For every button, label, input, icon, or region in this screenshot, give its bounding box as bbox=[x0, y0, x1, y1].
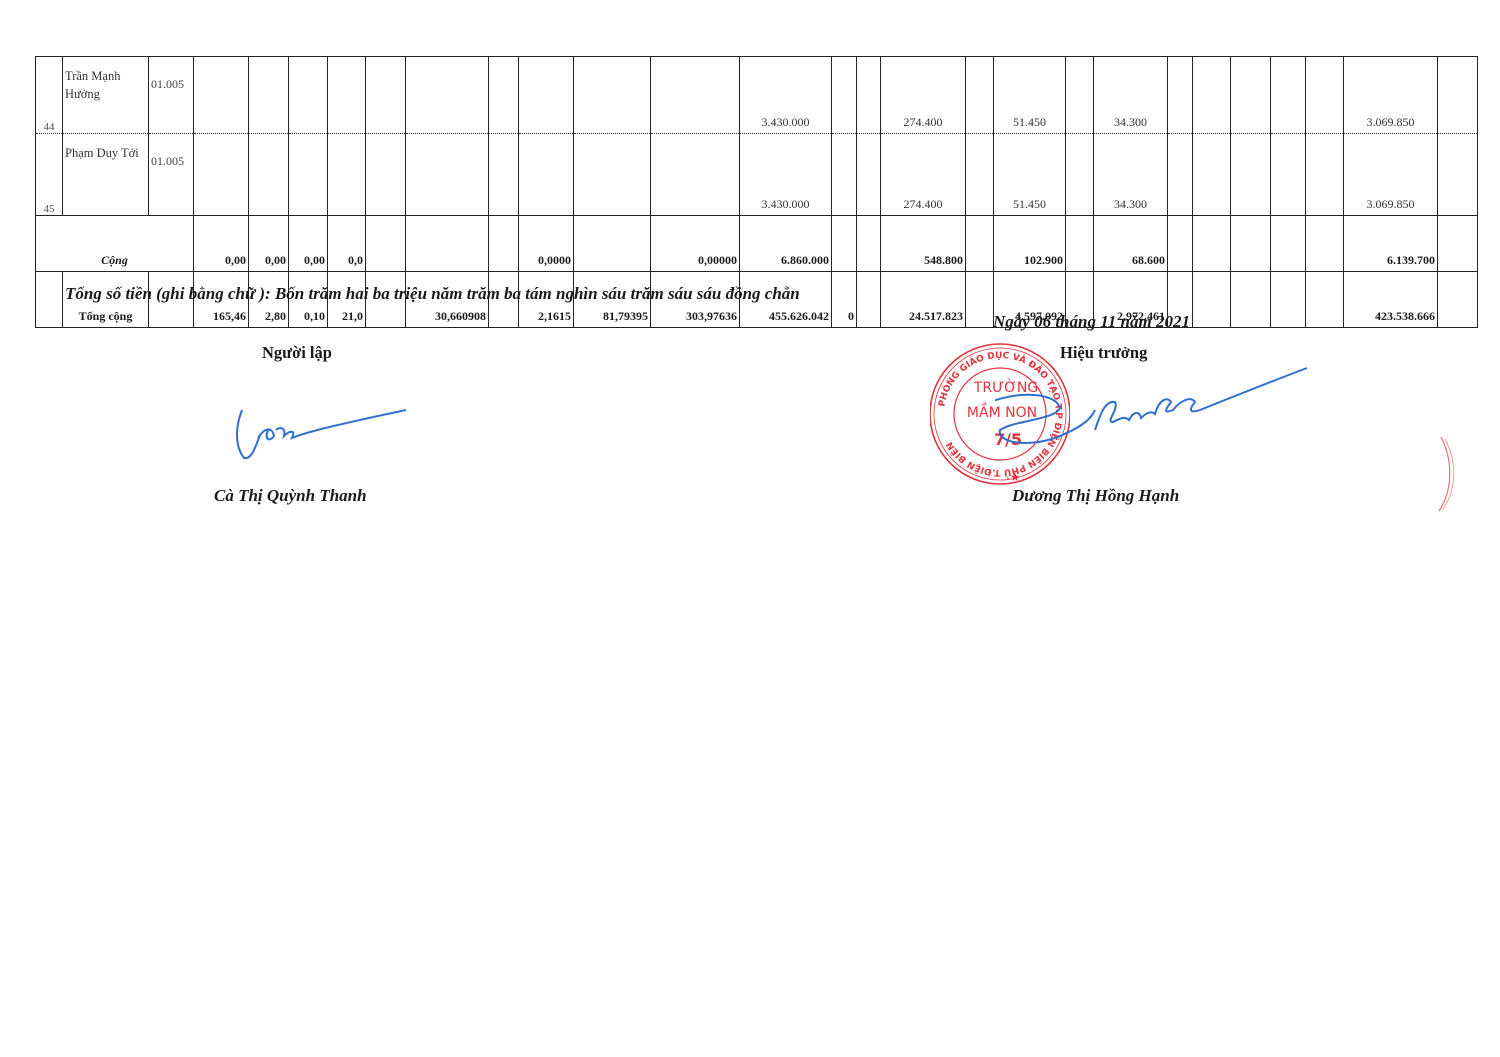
table-cell bbox=[249, 134, 289, 216]
table-cell bbox=[1306, 134, 1344, 216]
table-cell: 51.450 bbox=[994, 57, 1066, 134]
table-cell bbox=[1231, 57, 1271, 134]
table-cell: 6.139.700 bbox=[1344, 216, 1438, 272]
table-row: 45Phạm Duy Tới01.0053.430.000274.40051.4… bbox=[36, 134, 1478, 216]
table-cell bbox=[328, 57, 366, 134]
table-cell bbox=[1306, 57, 1344, 134]
table-cell bbox=[651, 57, 740, 134]
table-cell bbox=[966, 272, 994, 328]
table-cell bbox=[489, 57, 519, 134]
partial-stamp-mark bbox=[1435, 435, 1460, 515]
table-cell: 0,0 bbox=[328, 216, 366, 272]
table-cell bbox=[406, 57, 489, 134]
preparer-signature bbox=[232, 400, 412, 470]
table-cell bbox=[651, 134, 740, 216]
signing-date: Ngày 06 tháng 11 năm 2021 bbox=[993, 312, 1190, 332]
table-cell bbox=[1306, 272, 1344, 328]
principal-name: Dương Thị Hồng Hạnh bbox=[1012, 486, 1179, 506]
table-cell bbox=[1231, 134, 1271, 216]
table-cell: 0 bbox=[832, 272, 857, 328]
table-cell: 3.069.850 bbox=[1344, 134, 1438, 216]
table-cell bbox=[1066, 57, 1094, 134]
table-cell bbox=[1271, 272, 1306, 328]
table-cell bbox=[857, 216, 881, 272]
employee-name: Phạm Duy Tới bbox=[63, 134, 149, 216]
table-cell bbox=[289, 57, 328, 134]
table-cell bbox=[489, 216, 519, 272]
table-cell: 0,00 bbox=[194, 216, 249, 272]
table-cell bbox=[1438, 216, 1478, 272]
row-number: 44 bbox=[36, 57, 63, 134]
table-cell bbox=[1066, 216, 1094, 272]
table-cell: 34.300 bbox=[1094, 57, 1168, 134]
table-cell bbox=[574, 134, 651, 216]
table-cell: 548.800 bbox=[881, 216, 966, 272]
table-cell bbox=[1231, 216, 1271, 272]
table-cell: 274.400 bbox=[881, 57, 966, 134]
table-cell bbox=[1193, 57, 1231, 134]
table-cell bbox=[1306, 216, 1344, 272]
table-cell: 34.300 bbox=[1094, 134, 1168, 216]
table-cell bbox=[574, 57, 651, 134]
rank-code: 01.005 bbox=[149, 57, 194, 134]
table-cell bbox=[966, 57, 994, 134]
table-row: 44Trần Mạnh Hưởng01.0053.430.000274.4005… bbox=[36, 57, 1478, 134]
table-cell: 0,00 bbox=[289, 216, 328, 272]
table-cell bbox=[857, 57, 881, 134]
table-cell bbox=[366, 57, 406, 134]
employee-name: Trần Mạnh Hưởng bbox=[63, 57, 149, 134]
table-cell bbox=[328, 134, 366, 216]
table-cell bbox=[194, 57, 249, 134]
subtotal-label: Cộng bbox=[36, 216, 194, 272]
table-cell bbox=[1271, 216, 1306, 272]
table-cell: 6.860.000 bbox=[740, 216, 832, 272]
preparer-title: Người lập bbox=[262, 343, 332, 363]
table-cell bbox=[489, 134, 519, 216]
table-cell: 51.450 bbox=[994, 134, 1066, 216]
table-cell bbox=[832, 216, 857, 272]
table-cell bbox=[1193, 134, 1231, 216]
table-cell: 0,00000 bbox=[651, 216, 740, 272]
row-number: 45 bbox=[36, 134, 63, 216]
table-cell: 3.430.000 bbox=[740, 134, 832, 216]
subtotal-row: Cộng0,000,000,000,00,00000,000006.860.00… bbox=[36, 216, 1478, 272]
table-cell bbox=[1168, 216, 1193, 272]
table-cell bbox=[966, 134, 994, 216]
table-cell bbox=[1168, 134, 1193, 216]
table-cell bbox=[1168, 57, 1193, 134]
table-cell bbox=[366, 216, 406, 272]
table-cell bbox=[1231, 272, 1271, 328]
table-cell: 274.400 bbox=[881, 134, 966, 216]
table-cell: 68.600 bbox=[1094, 216, 1168, 272]
table-cell: 3.430.000 bbox=[740, 57, 832, 134]
table-cell bbox=[366, 134, 406, 216]
table-cell bbox=[519, 57, 574, 134]
table-cell: 423.538.666 bbox=[1344, 272, 1438, 328]
table-cell: 3.069.850 bbox=[1344, 57, 1438, 134]
table-cell bbox=[406, 216, 489, 272]
table-cell bbox=[574, 216, 651, 272]
table-cell: 0,0000 bbox=[519, 216, 574, 272]
table-cell bbox=[1193, 272, 1231, 328]
preparer-name: Cà Thị Quỳnh Thanh bbox=[214, 486, 367, 506]
table-cell: 102.900 bbox=[994, 216, 1066, 272]
table-cell: 24.517.823 bbox=[881, 272, 966, 328]
svg-text:★: ★ bbox=[1010, 470, 1021, 484]
table-cell bbox=[519, 134, 574, 216]
rank-code: 01.005 bbox=[149, 134, 194, 216]
principal-signature bbox=[995, 360, 1315, 470]
table-cell bbox=[1271, 134, 1306, 216]
table-cell bbox=[832, 57, 857, 134]
table-cell bbox=[1271, 57, 1306, 134]
table-cell bbox=[194, 134, 249, 216]
table-cell bbox=[1066, 134, 1094, 216]
table-cell bbox=[249, 57, 289, 134]
table-cell bbox=[406, 134, 489, 216]
table-cell bbox=[289, 134, 328, 216]
table-cell bbox=[1193, 216, 1231, 272]
amount-in-words: Tổng số tiền (ghi bằng chữ ): Bốn trăm h… bbox=[65, 284, 800, 304]
table-cell bbox=[36, 272, 63, 328]
table-cell bbox=[857, 134, 881, 216]
table-cell bbox=[1438, 272, 1478, 328]
table-cell: 0,00 bbox=[249, 216, 289, 272]
table-cell bbox=[1438, 134, 1478, 216]
table-cell bbox=[966, 216, 994, 272]
table-cell bbox=[857, 272, 881, 328]
table-cell bbox=[1438, 57, 1478, 134]
table-cell bbox=[832, 134, 857, 216]
